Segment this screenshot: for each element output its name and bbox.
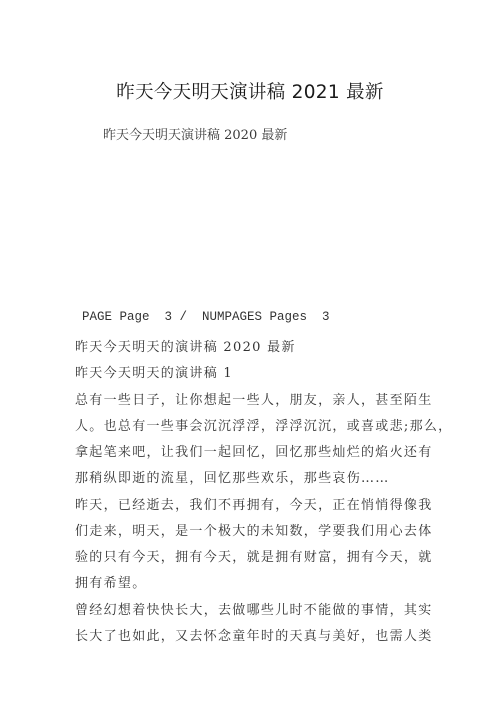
- body-line: 人。也总有一些事会沉沉浮浮，浮浮沉沉，或喜或悲;那么，: [75, 415, 452, 434]
- body-line: 曾经幻想着快快长大，去做哪些儿时不能做的事情，其实: [75, 599, 433, 618]
- page-number-field: PAGE Page 3 / NUMPAGES Pages 3: [82, 310, 330, 324]
- body-line: 验的只有今天，拥有今天，就是拥有财富，拥有今天，就: [75, 546, 433, 565]
- body-line: 昨天今天明天的演讲稿 1: [75, 362, 233, 381]
- document-subtitle: 昨天今天明天演讲稿 2020 最新: [103, 124, 287, 143]
- body-line: 拥有希望。: [75, 572, 147, 591]
- body-line: 昨天今天明天的演讲稿 2020 最新: [75, 336, 296, 355]
- document-title: 昨天今天明天演讲稿 2021 最新: [0, 78, 500, 104]
- body-line: 昨天，已经逝去，我们不再拥有，今天，正在悄悄得像我: [75, 494, 433, 513]
- body-line: 长大了也如此，又去怀念童年时的天真与美好，也需人类: [75, 625, 433, 644]
- body-line: 们走来，明天，是一个极大的未知数，学要我们用心去体: [75, 520, 433, 539]
- body-line: 拿起笔来吧，让我们一起回忆，回忆那些灿烂的焰火还有: [75, 441, 433, 460]
- body-line: 总有一些日子，让你想起一些人，朋友，亲人，甚至陌生: [75, 389, 433, 408]
- body-line: 那稍纵即逝的流星，回忆那些欢乐，那些哀伤……: [75, 467, 390, 486]
